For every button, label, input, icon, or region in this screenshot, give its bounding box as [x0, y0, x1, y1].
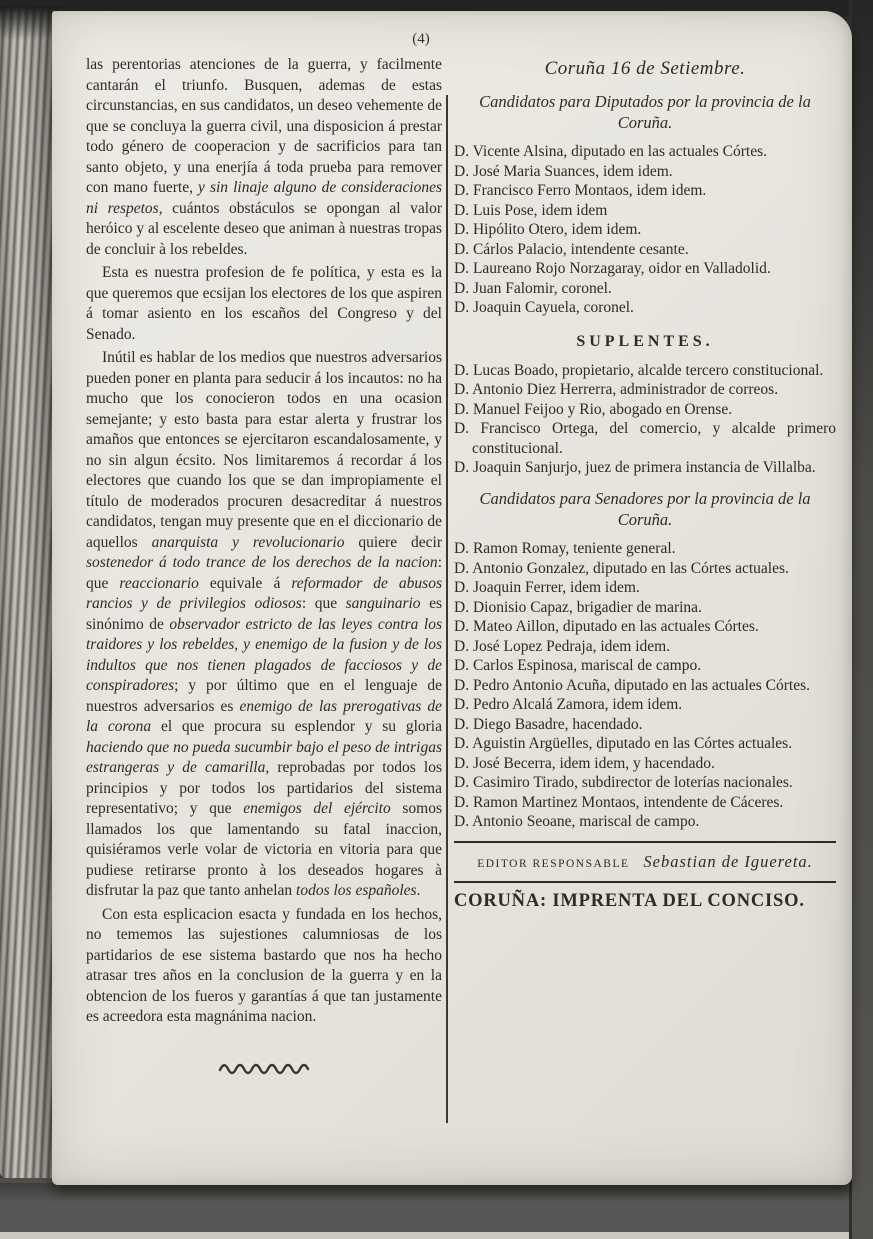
newspaper-page: (4) las perentorias atenciones de la gue… — [52, 11, 852, 1185]
candidate-section: Candidatos para Diputados por la provinc… — [454, 91, 836, 318]
squiggle-ornament-icon — [216, 1058, 312, 1076]
scanned-book-photo: (4) las perentorias atenciones de la gue… — [0, 0, 873, 1239]
candidate-item: D. Luis Pose, idem idem — [454, 201, 836, 221]
candidate-item: D. Juan Falomir, coronel. — [454, 279, 836, 299]
candidate-section: SUPLENTES.D. Lucas Boado, propietario, a… — [454, 331, 836, 478]
backdrop-bottom-edge — [0, 1183, 873, 1232]
candidate-item: D. Lucas Boado, propietario, alcalde ter… — [454, 361, 836, 381]
editor-line: EDITOR RESPONSABLE Sebastian de Iguereta… — [454, 841, 836, 884]
section-title: SUPLENTES. — [454, 331, 836, 352]
dateline: Coruña 16 de Setiembre. — [454, 59, 836, 79]
left-column: las perentorias atenciones de la guerra,… — [86, 55, 442, 1082]
candidate-item: D. Antonio Diez Herrerra, administrador … — [454, 380, 836, 400]
paragraph: Inútil es hablar de los medios que nuest… — [86, 348, 442, 902]
candidate-item: D. Mateo Aillon, diputado en las actuale… — [454, 617, 836, 637]
candidate-item: D. Francisco Ferro Montaos, idem idem. — [454, 181, 836, 201]
right-column: Coruña 16 de Setiembre. Candidatos para … — [454, 59, 836, 912]
editor-name: Sebastian de Iguereta. — [643, 852, 812, 871]
candidate-item: D. Antonio Gonzalez, diputado en las Cór… — [454, 559, 836, 579]
left-column-paragraphs: las perentorias atenciones de la guerra,… — [86, 55, 442, 1028]
candidate-section: Candidatos para Senadores por la provinc… — [454, 488, 836, 832]
section-title: Candidatos para Diputados por la provinc… — [460, 91, 830, 135]
candidate-item: D. Diego Basadre, hacendado. — [454, 715, 836, 735]
backdrop-bottom-strip — [0, 1232, 873, 1239]
candidate-item: D. Manuel Feijoo y Rio, abogado en Orens… — [454, 400, 836, 420]
column-divider — [446, 95, 448, 1123]
candidate-item: D. Joaquin Sanjurjo, juez de primera ins… — [454, 458, 836, 478]
candidate-item: D. Carlos Espinosa, mariscal de campo. — [454, 656, 836, 676]
candidate-item: D. Ramon Romay, teniente general. — [454, 539, 836, 559]
page-number: (4) — [391, 31, 451, 48]
candidate-item: D. José Lopez Pedraja, idem idem. — [454, 637, 836, 657]
candidate-item: D. Laureano Rojo Norzagaray, oidor en Va… — [454, 259, 836, 279]
editor-label: EDITOR RESPONSABLE — [477, 858, 629, 870]
candidate-item: D. Pedro Antonio Acuña, diputado en las … — [454, 676, 836, 696]
candidate-item: D. Casimiro Tirado, subdirector de loter… — [454, 773, 836, 793]
candidate-item: D. Aguistin Argüelles, diputado en las C… — [454, 734, 836, 754]
candidate-item: D. Dionisio Capaz, brigadier de marina. — [454, 598, 836, 618]
candidate-item: D. Joaquin Ferrer, idem idem. — [454, 578, 836, 598]
candidate-list: D. Vicente Alsina, diputado en las actua… — [454, 142, 836, 318]
candidate-item: D. Pedro Alcalá Zamora, idem idem. — [454, 695, 836, 715]
candidate-item: D. Antonio Seoane, mariscal de campo. — [454, 812, 836, 832]
candidate-list: D. Ramon Romay, teniente general.D. Anto… — [454, 539, 836, 832]
backdrop-right-edge — [849, 0, 873, 1239]
paragraph: las perentorias atenciones de la guerra,… — [86, 55, 442, 260]
candidate-item: D. Vicente Alsina, diputado en las actua… — [454, 142, 836, 162]
candidate-sections: Candidatos para Diputados por la provinc… — [454, 91, 836, 832]
section-title: Candidatos para Senadores por la provinc… — [460, 488, 830, 532]
candidate-item: D. Cárlos Palacio, intendente cesante. — [454, 240, 836, 260]
paragraph: Esta es nuestra profesion de fe política… — [86, 263, 442, 345]
paragraph: Con esta esplicacion esacta y fundada en… — [86, 905, 442, 1028]
candidate-list: D. Lucas Boado, propietario, alcalde ter… — [454, 361, 836, 478]
candidate-item: D. Ramon Martinez Montaos, intendente de… — [454, 793, 836, 813]
candidate-item: D. José Becerra, idem idem, y hacendado. — [454, 754, 836, 774]
candidate-item: D. José Maria Suances, idem idem. — [454, 162, 836, 182]
imprint-line: CORUÑA: IMPRENTA DEL CONCISO. — [454, 892, 836, 912]
candidate-item: D. Francisco Ortega, del comercio, y alc… — [454, 419, 836, 458]
candidate-item: D. Hipólito Otero, idem idem. — [454, 220, 836, 240]
candidate-item: D. Joaquin Cayuela, coronel. — [454, 298, 836, 318]
ornament-row — [86, 1058, 442, 1083]
